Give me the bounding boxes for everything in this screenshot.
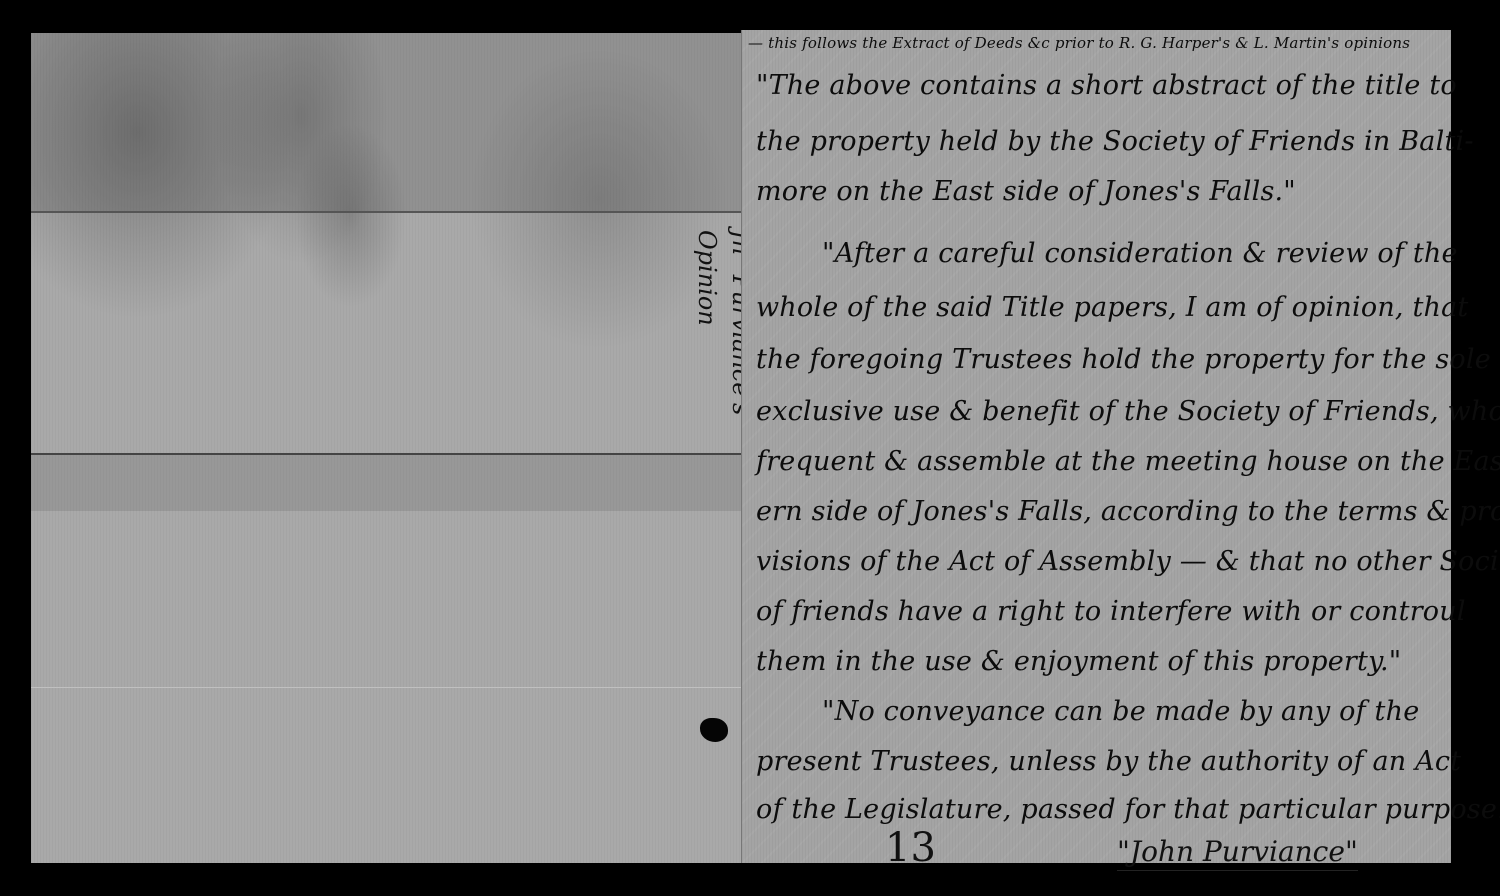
- text-line: "After a careful consideration & review …: [822, 238, 1458, 269]
- endorsement-line: Opinion: [690, 230, 724, 415]
- text-line: "No conveyance can be made by any of the: [822, 696, 1419, 727]
- text-line: ern side of Jones's Falls, according to …: [756, 496, 1500, 527]
- manuscript-page: — this follows the Extract of Deeds &c p…: [741, 30, 1451, 863]
- text-line: exclusive use & benefit of the Society o…: [756, 396, 1500, 427]
- text-line: the foregoing Trustees hold the property…: [756, 344, 1500, 375]
- fold-crease-top: [31, 33, 741, 213]
- wax-seal-mark: [700, 718, 728, 742]
- text-line: of the Legislature, passed for that part…: [756, 794, 1500, 825]
- text-line: present Trustees, unless by the authorit…: [756, 746, 1461, 777]
- fold-shade: [31, 455, 741, 511]
- text-line: frequent & assemble at the meeting house…: [756, 446, 1500, 477]
- text-line: whole of the said Title papers, I am of …: [756, 292, 1468, 323]
- page-number: 13: [885, 825, 936, 871]
- text-line: visions of the Act of Assembly — & that …: [756, 546, 1500, 577]
- text-line: them in the use & enjoyment of this prop…: [756, 646, 1401, 677]
- text-line: the property held by the Society of Frie…: [756, 126, 1474, 157]
- header-note: — this follows the Extract of Deeds &c p…: [748, 34, 1410, 52]
- fold-crease-lower: [31, 687, 741, 688]
- text-line: more on the East side of Jones's Falls.": [756, 176, 1296, 207]
- text-line: "The above contains a short abstract of …: [756, 70, 1457, 101]
- text-line: of friends have a right to interfere wit…: [756, 596, 1466, 627]
- signature: "John Purviance": [1117, 835, 1358, 871]
- left-folded-page: [31, 33, 741, 863]
